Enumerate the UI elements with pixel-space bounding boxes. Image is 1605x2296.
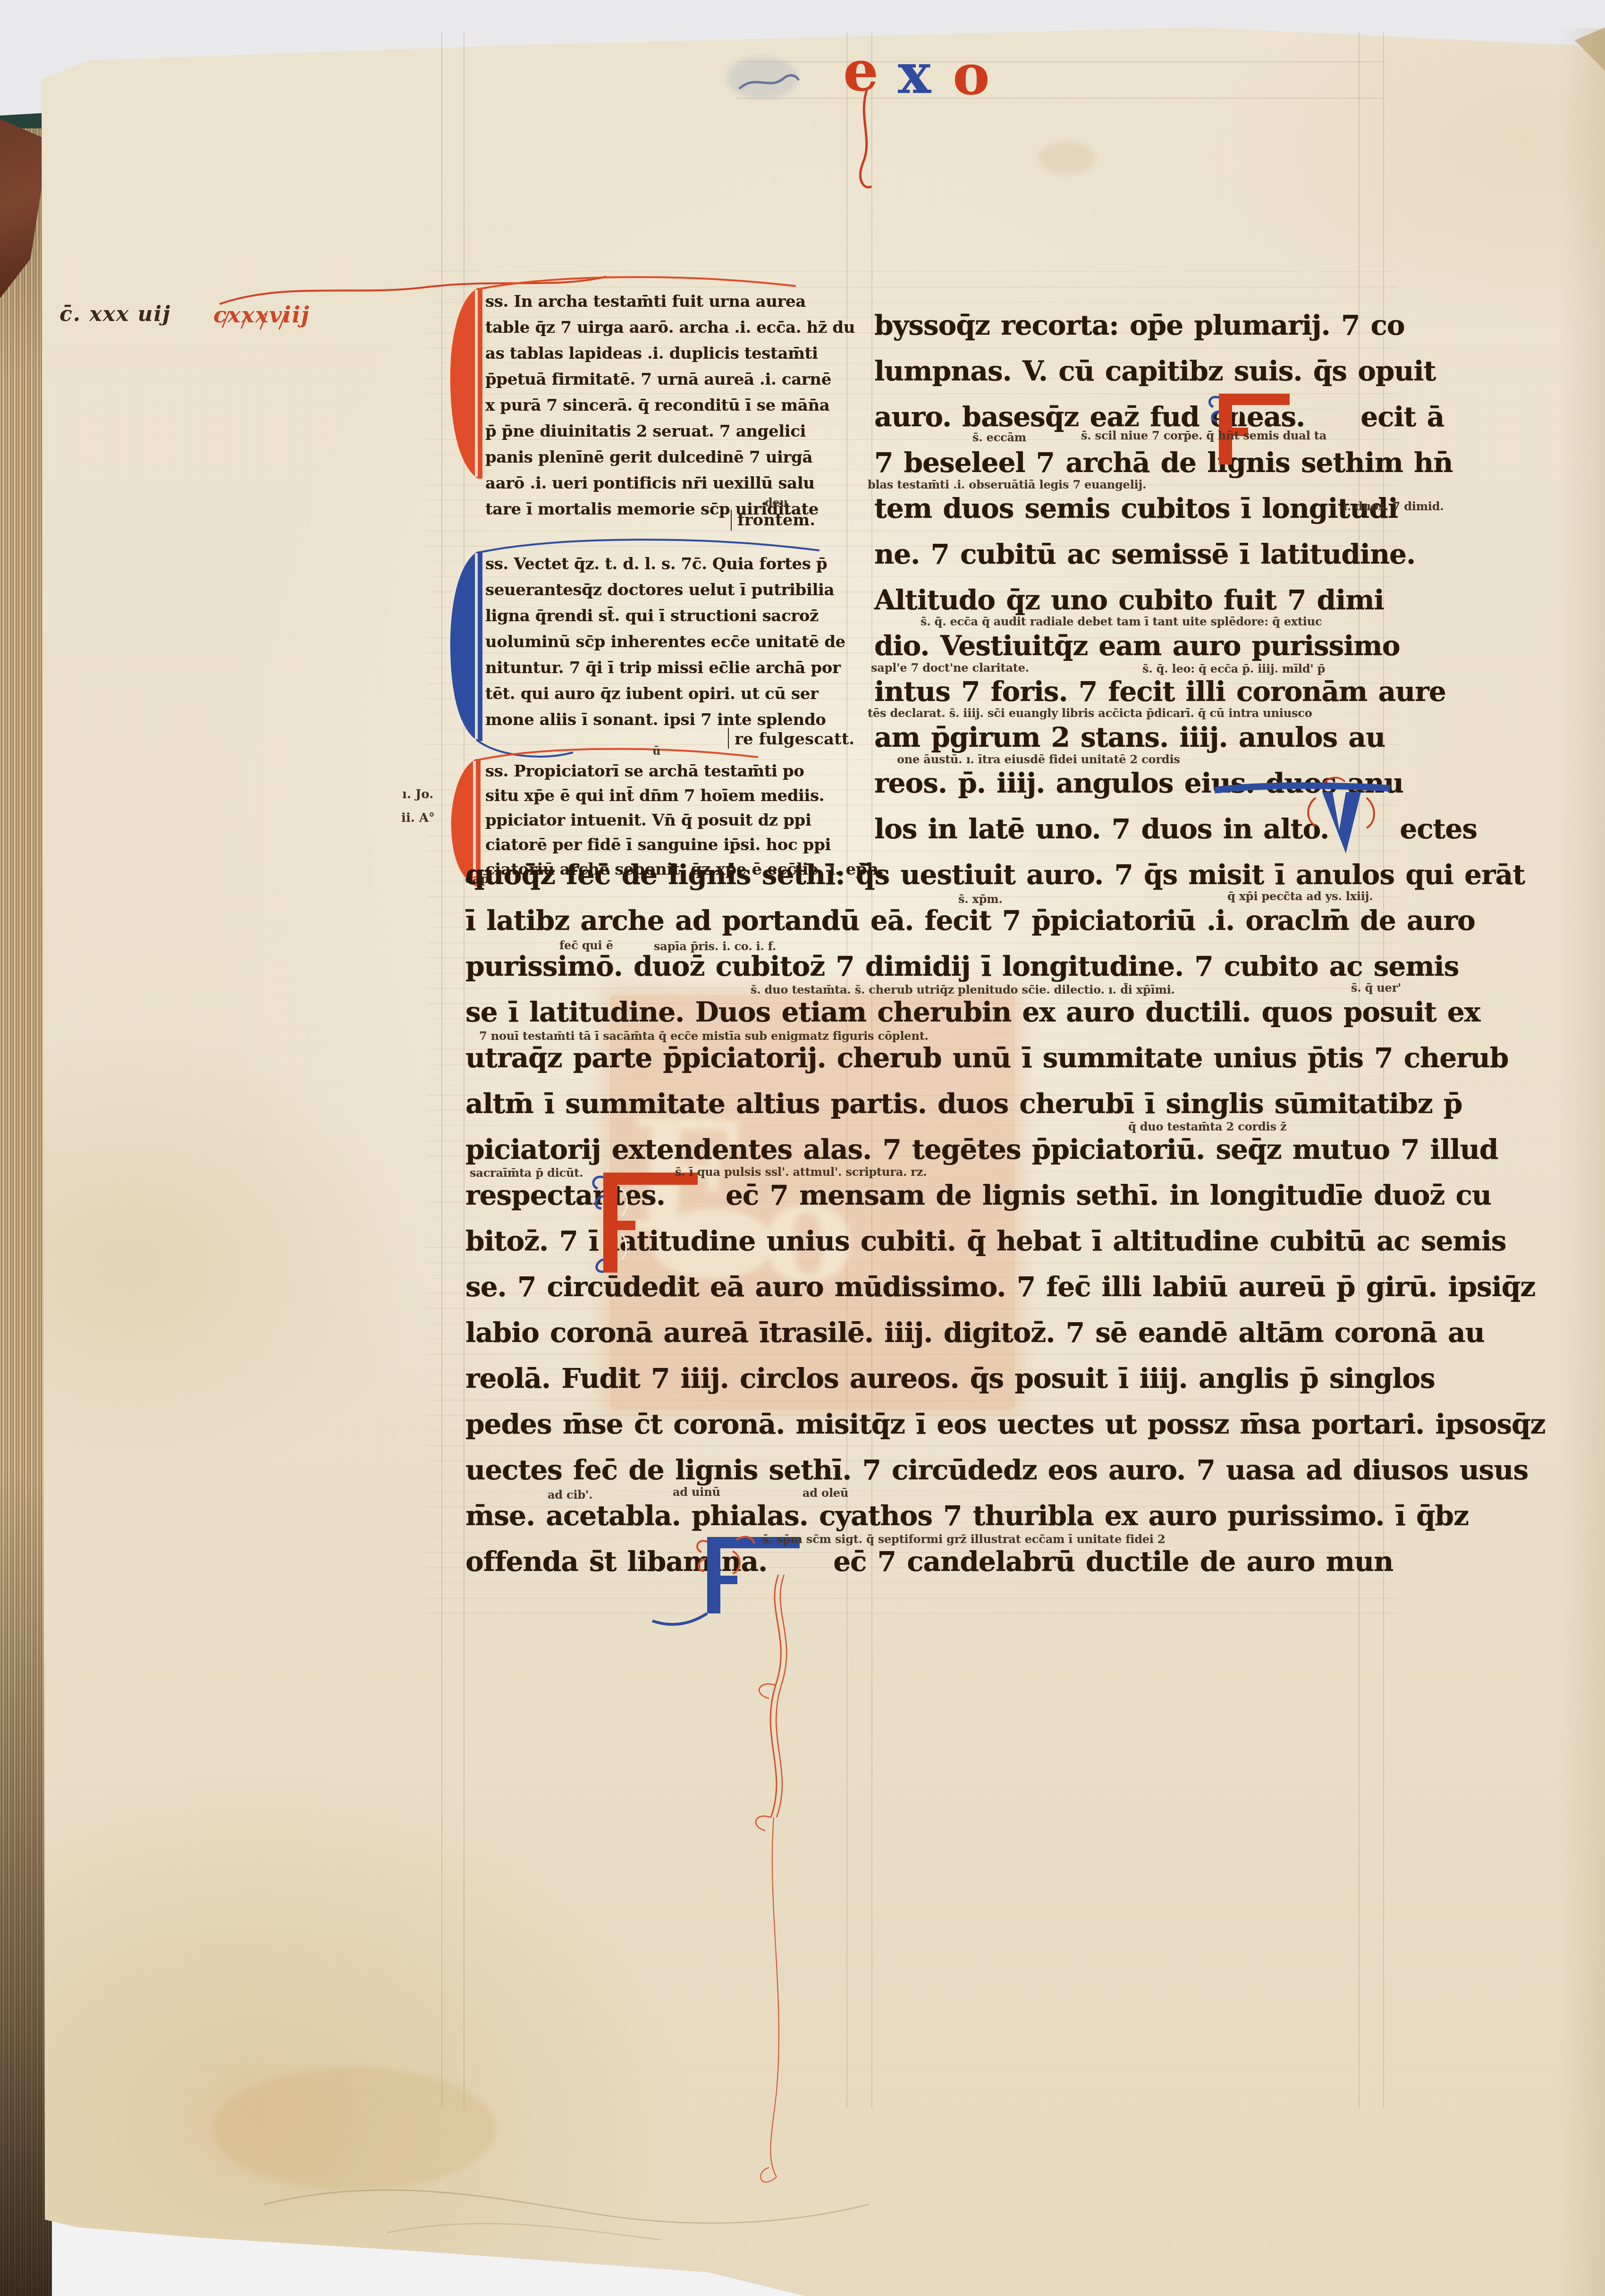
gloss-paragraph-1: ss. In archa testam̄ti fuit urna aurea t… bbox=[485, 289, 858, 523]
bible-line-text: ecit ā bbox=[1360, 401, 1444, 433]
gloss-line: table q̄z 7 uirga aarō. archa .i. ecc̄a.… bbox=[485, 315, 858, 341]
gloss-superscript: ū bbox=[652, 744, 660, 758]
gloss-inset-word: frontēm. bbox=[737, 511, 815, 530]
gloss-line: mone aliis ī sonant. ipsi 7 inte splendo bbox=[485, 707, 858, 733]
gloss-line: as tablas lapideas .i. duplicis testam̄t… bbox=[485, 341, 858, 367]
gloss-margin-citation: ii. A° bbox=[401, 811, 435, 825]
interlinear-gloss: s̄. scil niue 7 corp̄e. q̄ hn̄t semis du… bbox=[1081, 429, 1326, 442]
interlinear-gloss: tēs declarat. s̄. iiij. sc̄i euangly lib… bbox=[868, 706, 1312, 720]
stain-blotch bbox=[1039, 142, 1095, 175]
gloss-line: ss. In archa testam̄ti fuit urna aurea bbox=[485, 289, 858, 315]
interlinear-gloss: ad cib'. bbox=[548, 1488, 592, 1502]
gloss-line: x purā 7 sincerā. q̄ reconditū ī se mān̄… bbox=[485, 393, 858, 419]
interlinear-gloss: q̄ xp̄i pecc̄ta ad ys. lxiij. bbox=[1227, 889, 1373, 903]
bible-line: uectes fec̄ de lignis sethī. 7 circūdedz… bbox=[465, 1447, 1546, 1493]
bible-line: ne. 7 cubitū ac semissē ī latitudine. bbox=[874, 532, 1477, 577]
ruling-header-line bbox=[736, 61, 1383, 62]
bible-line-text: ec̄ 7 mensam de lignis sethī. in longitu… bbox=[726, 1179, 1491, 1211]
right-edge-shading bbox=[1558, 28, 1605, 2296]
bible-line: altm̄ ī summitate altius partis. duos ch… bbox=[465, 1081, 1546, 1127]
interlinear-gloss: one āustū. ı. ītra eiusdē fidei unitatē … bbox=[897, 752, 1180, 766]
gloss-inset-note: deu bbox=[765, 496, 788, 509]
bible-line-text: ec̄ 7 candelabrū ductile de auro mun bbox=[833, 1545, 1393, 1578]
interlinear-gloss: s̄. q̄. ecc̄a q̄ audit radiale debet tam… bbox=[921, 615, 1322, 628]
gloss-tie-mark bbox=[728, 728, 729, 749]
bible-line: quoq̄z fec̄ de lignis sethī: q̄s uestiui… bbox=[465, 852, 1546, 898]
gloss-paragraph-2: ss. Vectet q̄z. t. d. l. s. 7c̄. Quia fo… bbox=[485, 551, 858, 733]
margin-gloss: ı. duos. 7 dimid. bbox=[1343, 499, 1444, 513]
interlinear-gloss: 7 nouī testam̄ti tā ī sacām̄ta q̄ ecc̄e … bbox=[479, 1029, 929, 1043]
gloss-line: panis plenīnē gerit dulcedinē 7 uirgā bbox=[485, 445, 858, 471]
interlinear-gloss: s̄. sp̄m sc̄m sigt. q̄ septiformi grz̄ i… bbox=[762, 1532, 1165, 1546]
bible-right-column: byssoq̄z recorta: op̄e plumarij. 7 co lu… bbox=[874, 303, 1477, 852]
initial-F-red-mensam bbox=[589, 1165, 745, 1283]
bible-line: byssoq̄z recorta: op̄e plumarij. 7 co bbox=[874, 303, 1477, 348]
penwork-cascade-tail bbox=[729, 1572, 852, 2209]
interlinear-gloss: sacraīm̄ta p̄ dicūt. bbox=[470, 1166, 583, 1180]
interlinear-gloss: s̄. q̄ uer' bbox=[1351, 981, 1401, 995]
interlinear-gloss: ad oleū bbox=[802, 1486, 848, 1500]
bible-line: lumpnas. V. cū capitibz suis. q̄s opuit bbox=[874, 348, 1477, 394]
bible-line: labio coronā aureā ītrasilē. iiij. digit… bbox=[465, 1310, 1546, 1356]
gloss-line: aarō .i. ueri pontificis nr̄i uexillū sa… bbox=[485, 471, 858, 497]
bible-line: reolā. Fudit 7 iiij. circlos aureos. q̄s… bbox=[465, 1356, 1546, 1401]
interlinear-gloss: sapīa p̄ris. i. co. i. f. bbox=[654, 939, 776, 953]
gloss-margin-citation: ı. Jo. bbox=[402, 787, 433, 802]
gloss-line: nituntur. 7 q̄i ī trip missi ec̄lie arch… bbox=[485, 655, 858, 681]
manuscript-photo: F o e x o c̄. xxx uij cxxxviij ss. In ar… bbox=[0, 0, 1605, 2296]
gloss-line: situ xp̄e ē qui int̄ dn̄m 7 hoīem mediis… bbox=[485, 784, 858, 808]
gloss-inset-word: re fulgescatt. bbox=[735, 730, 854, 749]
gloss-tie-mark bbox=[731, 510, 732, 531]
gloss-line: ss. Vectet q̄z. t. d. l. s. 7c̄. Quia fo… bbox=[485, 551, 858, 577]
interlinear-gloss: s̄. eccām bbox=[972, 430, 1026, 444]
interlinear-gloss: s̄. q̄. leo: q̄ ecc̄a p̄. iiij. mīld' p̄ bbox=[1142, 662, 1325, 675]
gloss-line: p̄ p̄ne diuinitatis 2 seruat. 7 angelici bbox=[485, 419, 858, 445]
bible-line-text: ectes bbox=[1400, 813, 1477, 845]
running-title-flourish bbox=[859, 87, 916, 196]
running-title-letter-o: o bbox=[953, 42, 990, 107]
interlinear-gloss: q̄ duo testam̄ta 2 cordis z̄ bbox=[1128, 1120, 1286, 1133]
gloss-line: ss. Propiciatorī se archā testam̄ti po bbox=[485, 759, 858, 784]
interlinear-gloss: ad uinū bbox=[673, 1485, 720, 1499]
chapter-number-ink: c̄. xxx uij bbox=[59, 302, 171, 326]
gloss-line: ppiciator intuenit. Vn̄ q̄ posuit dz ppi bbox=[485, 808, 858, 833]
gloss-line: tēt. qui auro q̄z iubent opiri. ut cū se… bbox=[485, 681, 858, 707]
interlinear-gloss: blas testam̄ti .i. obseruātiā legis 7 eu… bbox=[868, 478, 1146, 491]
interlinear-gloss: s̄. ī qua pulsis ssl'. attmul'. scriptur… bbox=[675, 1165, 927, 1179]
ruling-header-line bbox=[736, 98, 1383, 99]
interlinear-gloss: s̄. duo testam̄ta. s̄. cherub utriq̄z pl… bbox=[751, 983, 1175, 996]
interlinear-gloss: sapl'e 7 doct'ne claritate. bbox=[871, 661, 1029, 675]
gloss-line: p̄petuā firmitatē. 7 urnā aureā .i. carn… bbox=[485, 367, 858, 393]
gloss-line: uoluminū sc̄p inherentes ecc̄e unitatē d… bbox=[485, 629, 858, 655]
bible-line: ī latibz arche ad portandū eā. fecit 7 p… bbox=[465, 898, 1546, 944]
running-title-paraph-mark bbox=[736, 70, 817, 98]
interlinear-gloss: s̄. xp̄m. bbox=[958, 892, 1003, 906]
gloss-line: ligna q̄rendi st̄. qui ī structioni sacr… bbox=[485, 603, 858, 629]
interlinear-gloss: fec̄ qui ē bbox=[559, 938, 613, 952]
gloss-line: seuerantesq̄z doctores uelut ī putribili… bbox=[485, 577, 858, 603]
bible-line: pedes m̄se c̄t coronā. misitq̄z ī eos ue… bbox=[465, 1401, 1546, 1447]
